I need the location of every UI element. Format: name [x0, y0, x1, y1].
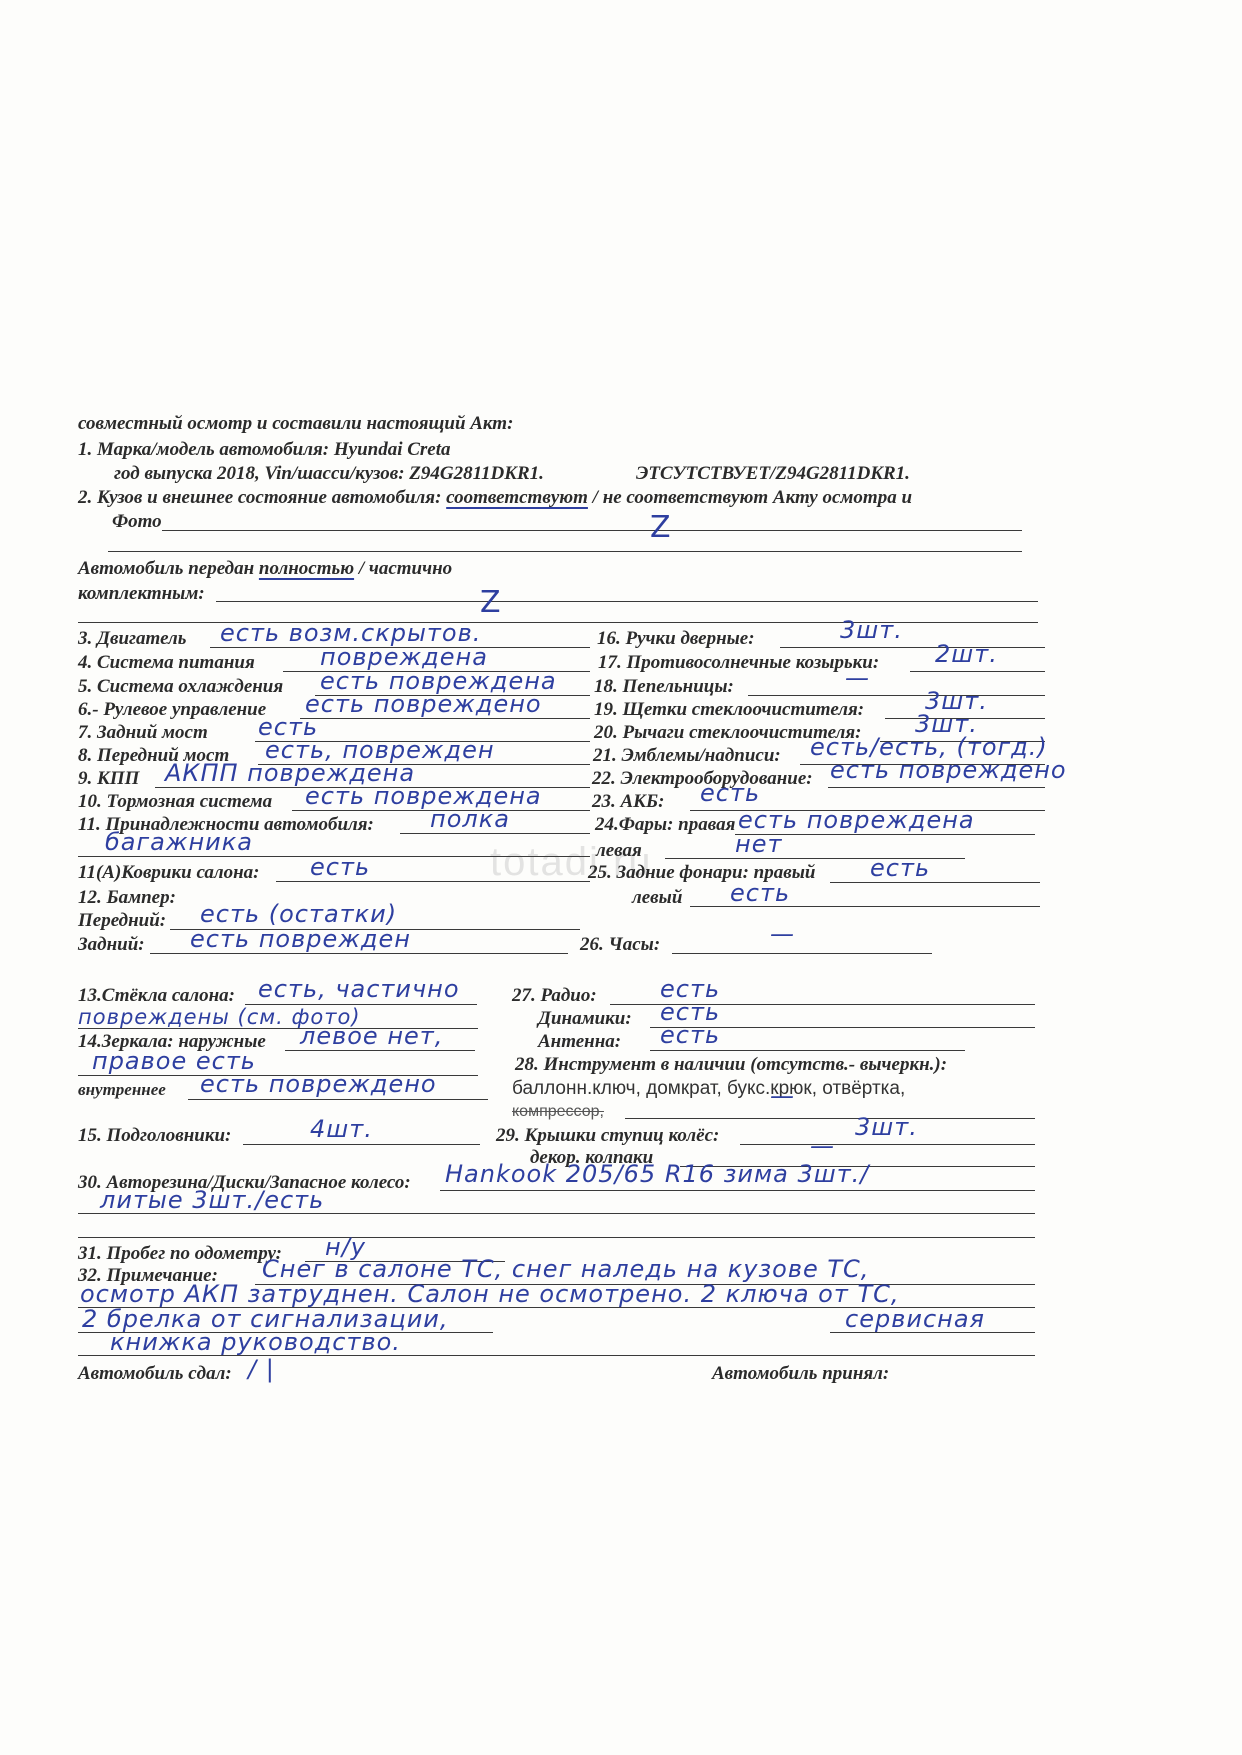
item-2-other-option: / не соответствуют Акту осмотра и — [588, 487, 912, 508]
left-item-value-2: багажника — [105, 828, 253, 856]
z-strike-mark-2: Z — [480, 585, 501, 620]
item-2-selected-option: соответствуют — [446, 487, 588, 508]
note-line-2: осмотр АКП затруднен. Салон не осмотрено… — [80, 1280, 900, 1308]
note-line-1: Снег в салоне ТС, снег наледь на кузове … — [262, 1255, 869, 1283]
bumper-front-label: Передний: — [78, 910, 166, 932]
mirrors-inner-value: есть повреждено — [200, 1070, 437, 1098]
right-item-value: 3шт. — [840, 616, 903, 644]
antenna-value: есть — [660, 1021, 720, 1049]
tools-list: баллонн.ключ, домкрат, букс.крюк, отвёрт… — [512, 1078, 905, 1100]
bumper-rear-value: есть поврежден — [190, 925, 411, 953]
foto-label: Фото — [112, 511, 162, 533]
left-item-label: 10. Тормозная система — [78, 791, 272, 813]
right-item-label: 18. Пепельницы: — [594, 676, 734, 698]
mirrors-value: левое нет, — [300, 1022, 443, 1050]
left-item-label: 4. Система питания — [78, 652, 255, 674]
item-1-vin-note: ЭТСУТСТВУЕТ/Z94G2811DKR1. — [636, 463, 910, 485]
radio-label: 27. Радио: — [512, 985, 597, 1007]
handed-over-signature: / | — [248, 1355, 275, 1383]
note-line-4: книжка руководство. — [110, 1328, 401, 1356]
taillights-right-value: есть — [870, 854, 930, 882]
decor-caps-value: — — [810, 1132, 835, 1160]
completeness-rest: / частично — [354, 558, 452, 579]
completeness-prefix: Автомобиль передан — [78, 558, 259, 579]
left-item-value: есть — [310, 853, 370, 881]
odometer-label: 31. Пробег по одометру: — [78, 1243, 282, 1265]
clock-label: 26. Часы: — [580, 934, 660, 956]
completeness-label: Автомобиль передан полностью / частично — [78, 558, 452, 580]
left-item-value: полка — [430, 805, 510, 833]
left-item-value: есть повреждено — [305, 690, 542, 718]
tools-struck-item: компрессор, — [512, 1101, 604, 1123]
z-strike-mark: Z — [650, 510, 671, 545]
item-2-label: 2. Кузов и внешнее состояние автомобиля:… — [78, 487, 912, 509]
right-item-label: 16. Ручки дверные: — [597, 628, 755, 650]
completeness-label-2: комплектным: — [78, 583, 205, 605]
clock-value: — — [770, 920, 795, 948]
antenna-label: Антенна: — [538, 1031, 621, 1053]
left-item-label: 5. Система охлаждения — [78, 676, 283, 698]
left-item-label: 9. КПП — [78, 768, 139, 790]
intro-text: совместный осмотр и составили настоящий … — [78, 413, 513, 435]
headrests-label: 15. Подголовники: — [78, 1125, 231, 1147]
taillights-left-label: левый — [632, 887, 682, 909]
item-2-prefix: 2. Кузов и внешнее состояние автомобиля: — [78, 487, 446, 508]
tools-label: 28. Инструмент в наличии (отсутств.- выч… — [515, 1054, 947, 1076]
left-item-label: 7. Задний мост — [78, 722, 208, 744]
hubcaps-value: 3шт. — [855, 1113, 918, 1141]
right-item-value: — — [845, 664, 870, 692]
left-item-label: 3. Двигатель — [78, 628, 186, 650]
left-item-label: 6.- Рулевое управление — [78, 699, 266, 721]
item-1-year-vin: год выпуска 2018, Vin/шасси/кузов: Z94G2… — [114, 463, 544, 485]
tires-value: Hankook 205/65 R16 зима 3шт./ — [445, 1160, 869, 1188]
item-1-label: 1. Марка/модель автомобиля: Hyundai Cret… — [78, 439, 451, 461]
headlights-left-label: левая — [596, 840, 642, 862]
headlights-label: 24.Фары: правая — [595, 814, 735, 836]
bumper-rear-label: Задний: — [78, 934, 145, 956]
note-line-3-right: сервисная — [845, 1305, 985, 1333]
right-item-value: есть — [700, 779, 760, 807]
bumper-label: 12. Бампер: — [78, 887, 176, 909]
speakers-label: Динамики: — [538, 1008, 632, 1030]
right-item-label: 19. Щетки стеклоочистителя: — [594, 699, 864, 721]
glass-value: есть, частично — [258, 975, 460, 1003]
headlights-left-value: нет — [735, 830, 782, 858]
headrests-value: 4шт. — [310, 1115, 373, 1143]
accepted-label: Автомобиль принял: — [712, 1363, 889, 1385]
right-item-label: 17. Противосолнечные козырьки: — [598, 652, 879, 674]
bumper-front-value: есть (остатки) — [200, 900, 397, 928]
hubcaps-label: 29. Крышки ступиц колёс: — [496, 1125, 719, 1147]
right-item-value: есть повреждено — [830, 756, 1067, 784]
mirrors-inner-label: внутреннее — [78, 1079, 166, 1101]
right-item-label: 21. Эмблемы/надписи: — [593, 745, 781, 767]
completeness-selected: полностью — [259, 558, 354, 579]
tools-value: — — [770, 1082, 795, 1110]
right-item-label: 23. АКБ: — [592, 791, 664, 813]
left-item-label: 11(А)Коврики салона: — [78, 862, 260, 884]
taillights-left-value: есть — [730, 879, 790, 907]
handed-over-label: Автомобиль сдал: — [78, 1363, 232, 1385]
tires-value-2: литые 3шт./есть — [100, 1186, 324, 1214]
right-item-value: 2шт. — [935, 640, 998, 668]
